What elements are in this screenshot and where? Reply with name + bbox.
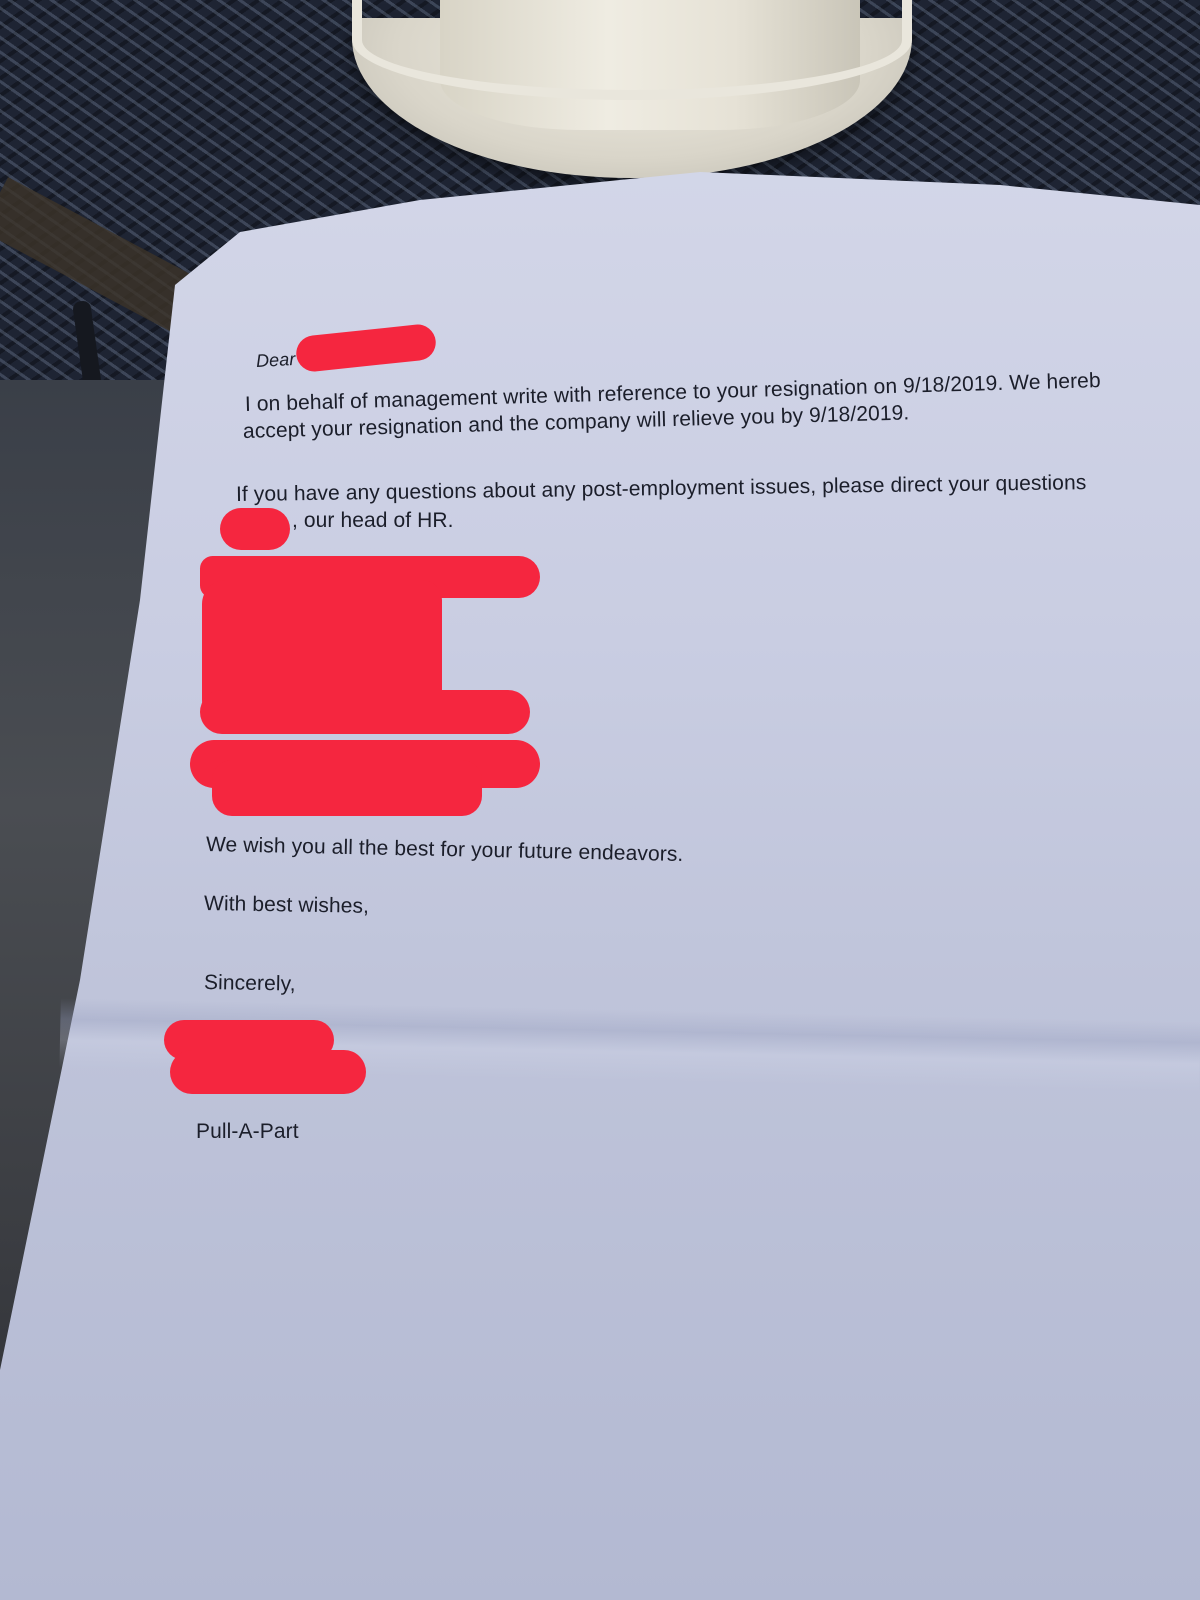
paragraph2-line2: , our head of HR. (292, 509, 454, 533)
redaction-contact-block (200, 690, 530, 734)
resignation-acceptance-letter: Dear I on behalf of management write wit… (0, 0, 1200, 1600)
company-name: Pull-A-Part (196, 1120, 299, 1144)
sign-off: Sincerely, (204, 971, 296, 997)
closing-greeting: With best wishes, (204, 892, 369, 919)
redaction-signer-title (170, 1050, 366, 1094)
redaction-hr-name (220, 508, 290, 550)
salutation: Dear (255, 349, 295, 372)
redaction-recipient-name (295, 323, 438, 373)
redaction-contact-block (212, 760, 482, 816)
paragraph2-line1: If you have any questions about any post… (236, 471, 1087, 507)
closing-wish: We wish you all the best for your future… (206, 833, 684, 867)
